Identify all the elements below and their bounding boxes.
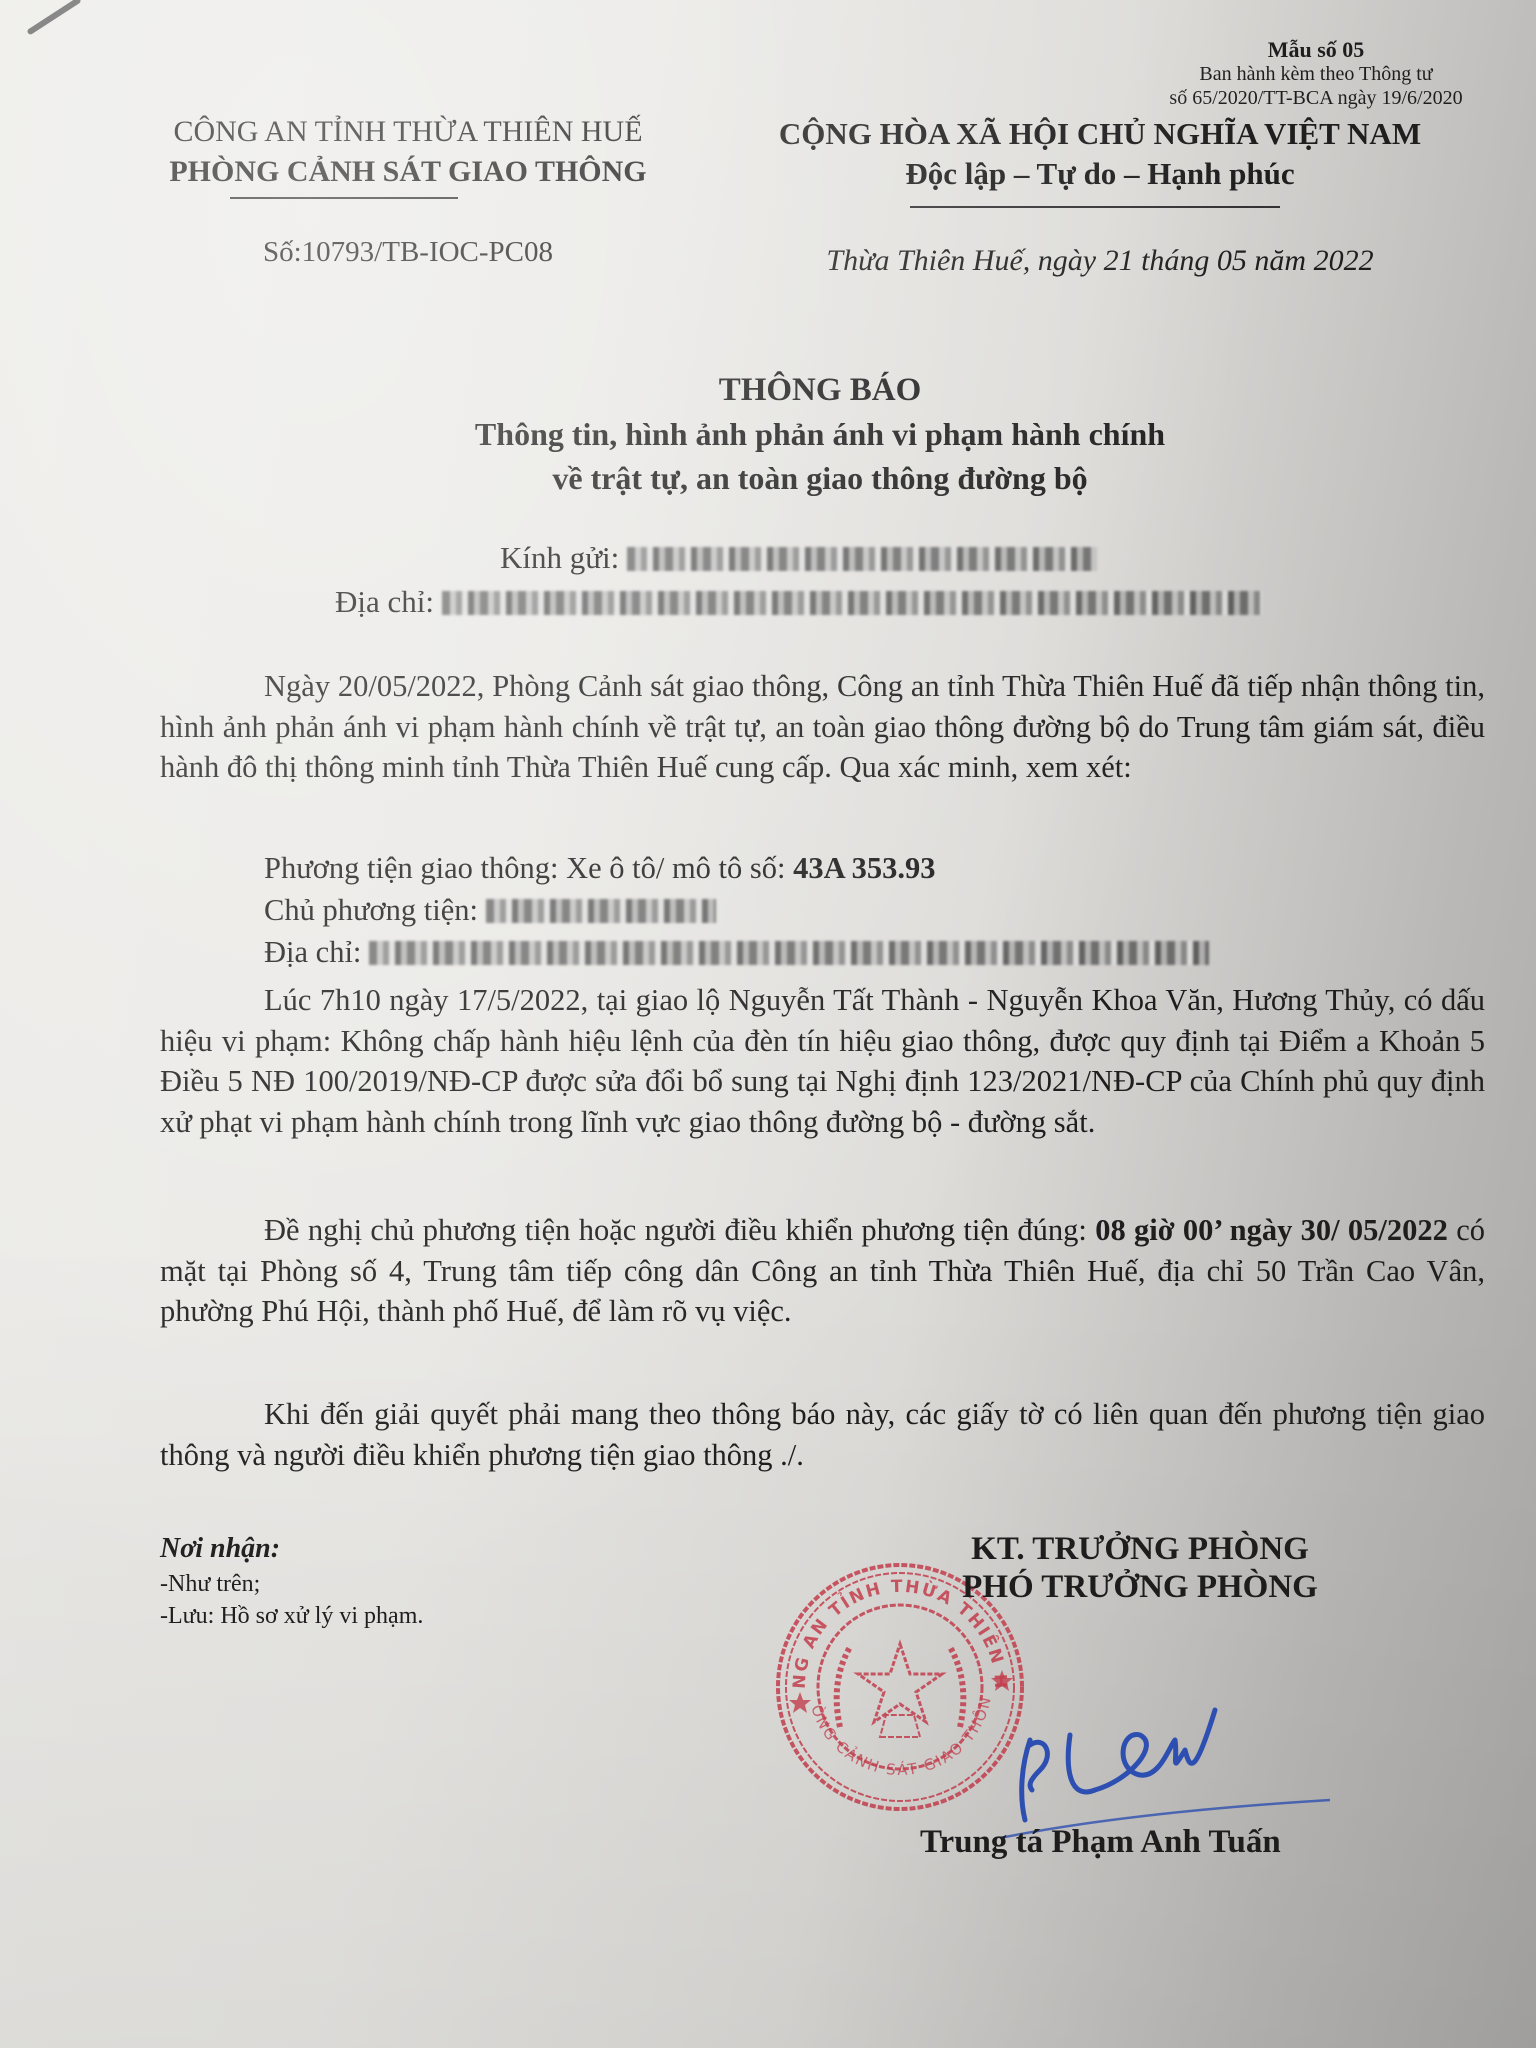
signer-name: Trung tá Phạm Anh Tuấn	[920, 1824, 1281, 1861]
recipient-to: Kính gửi:	[500, 540, 1097, 576]
issuer-agency: CÔNG AN TỈNH THỪA THIÊN HUẾ	[118, 112, 698, 152]
form-code: Mẫu số 05 Ban hành kèm theo Thông tư số …	[1166, 38, 1466, 110]
country-name: CỘNG HÒA XÃ HỘI CHỦ NGHĨA VIỆT NAM	[720, 114, 1480, 154]
national-motto: Độc lập – Tự do – Hạnh phúc	[720, 154, 1480, 194]
paragraph-violation: Lúc 7h10 ngày 17/5/2022, tại giao lộ Ngu…	[160, 980, 1485, 1142]
distribution-heading: Nơi nhận:	[160, 1530, 423, 1568]
owner-address-label: Địa chỉ:	[264, 935, 369, 969]
summons-text-pre: Đề nghị chủ phương tiện hoặc người điều …	[264, 1213, 1095, 1247]
national-header: CỘNG HÒA XÃ HỘI CHỦ NGHĨA VIỆT NAM Độc l…	[720, 114, 1480, 194]
owner-label: Chủ phương tiện:	[264, 893, 486, 927]
owner-line: Chủ phương tiện:	[160, 890, 1536, 931]
redacted-recipient-name	[627, 547, 1097, 571]
redacted-owner-address	[369, 941, 1209, 965]
signature-title-2: PHÓ TRƯỞNG PHÒNG	[880, 1568, 1400, 1606]
paragraph-intro: Ngày 20/05/2022, Phòng Cảnh sát giao thô…	[160, 666, 1485, 788]
recipient-to-label: Kính gửi:	[500, 540, 619, 575]
distribution-item: -Như trên;	[160, 1568, 423, 1600]
appointment-time: 08 giờ 00’ ngày 30/ 05/2022	[1095, 1213, 1448, 1247]
redacted-owner-name	[486, 899, 716, 923]
vehicle-line: Phương tiện giao thông: Xe ô tô/ mô tô s…	[160, 848, 1536, 889]
redacted-recipient-address	[442, 591, 1262, 615]
vehicle-plate: 43A 353.93	[793, 851, 935, 885]
issuer-department: PHÒNG CẢNH SÁT GIAO THÔNG	[118, 152, 698, 192]
distribution-list: Nơi nhận: -Như trên; -Lưu: Hồ sơ xử lý v…	[160, 1530, 423, 1632]
place-date: Thừa Thiên Huế, ngày 21 tháng 05 năm 202…	[720, 244, 1480, 278]
paragraph-summons: Đề nghị chủ phương tiện hoặc người điều …	[160, 1210, 1485, 1332]
document-title: THÔNG BÁO Thông tin, hình ảnh phản ánh v…	[300, 368, 1340, 500]
form-code-line2: số 65/2020/TT-BCA ngày 19/6/2020	[1166, 86, 1466, 110]
handwritten-signature-icon	[1000, 1690, 1330, 1840]
signature-block: KT. TRƯỞNG PHÒNG PHÓ TRƯỞNG PHÒNG	[880, 1530, 1400, 1606]
title-sub1: Thông tin, hình ảnh phản ánh vi phạm hàn…	[300, 412, 1340, 456]
form-code-title: Mẫu số 05	[1166, 38, 1466, 62]
vehicle-label: Phương tiện giao thông: Xe ô tô/ mô tô s…	[264, 851, 793, 885]
form-code-line1: Ban hành kèm theo Thông tư	[1166, 62, 1466, 86]
title-main: THÔNG BÁO	[300, 368, 1340, 412]
document-number: Số:10793/TB-IOC-PC08	[118, 236, 698, 269]
distribution-item: -Lưu: Hồ sơ xử lý vi phạm.	[160, 1600, 423, 1632]
title-sub2: về trật tự, an toàn giao thông đường bộ	[300, 456, 1340, 500]
owner-address-line: Địa chỉ:	[160, 932, 1536, 973]
paragraph-requirements: Khi đến giải quyết phải mang theo thông …	[160, 1394, 1485, 1475]
motto-underline	[910, 206, 1280, 208]
issuer-header: CÔNG AN TỈNH THỪA THIÊN HUẾ PHÒNG CẢNH S…	[118, 112, 698, 192]
recipient-address: Địa chỉ:	[335, 584, 1262, 620]
issuer-underline	[230, 197, 458, 199]
recipient-address-label: Địa chỉ:	[335, 584, 434, 619]
pen-mark	[26, 0, 81, 36]
signature-title-1: KT. TRƯỞNG PHÒNG	[880, 1530, 1400, 1568]
